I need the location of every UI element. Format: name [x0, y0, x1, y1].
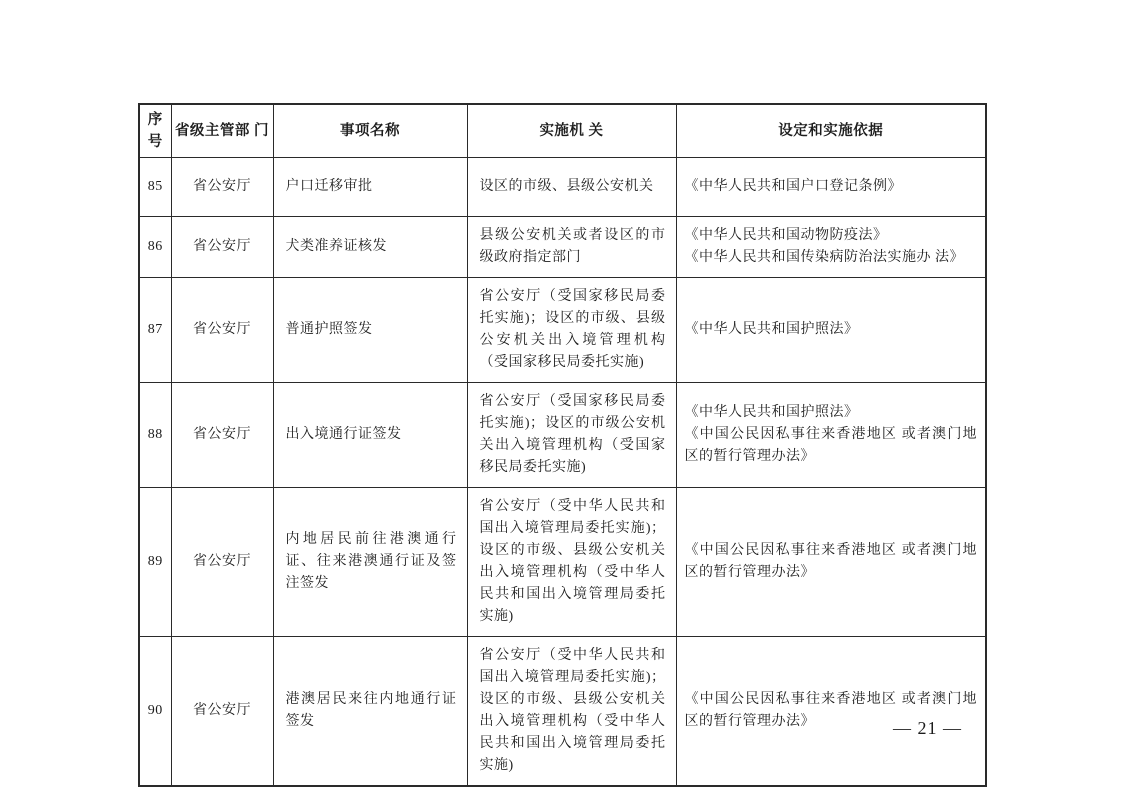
department-cell: 省公安厅 [171, 278, 273, 383]
document-page: 序号 省级主管部 门 事项名称 实施机 关 设定和实施依据 85 省公安厅 户口… [0, 0, 1123, 794]
department-cell: 省公安厅 [171, 383, 273, 488]
records-table: 序号 省级主管部 门 事项名称 实施机 关 设定和实施依据 85 省公安厅 户口… [138, 103, 987, 787]
table-row: 89 省公安厅 内地居民前往港澳通行证、往来港澳通行证及签注签发 省公安厅（受中… [139, 488, 986, 637]
agency-cell: 省公安厅（受国家移民局委托实施)；设区的市级、县级公安机关出入境管理机构（受国家… [467, 278, 676, 383]
basis-line: 《中国公民因私事往来香港地区 或者澳门地区的暂行管理办法》 [685, 540, 978, 584]
agency-cell: 设区的市级、县级公安机关 [467, 158, 676, 217]
row-number-cell: 87 [139, 278, 171, 383]
basis-line: 《中华人民共和国传染病防治法实施办 法》 [685, 247, 978, 269]
column-header-basis: 设定和实施依据 [676, 104, 986, 158]
department-cell: 省公安厅 [171, 488, 273, 637]
row-number-cell: 88 [139, 383, 171, 488]
row-number-cell: 86 [139, 217, 171, 278]
item-name-cell: 犬类准养证核发 [273, 217, 467, 278]
item-name-cell: 户口迁移审批 [273, 158, 467, 217]
basis-line: 《中华人民共和国动物防疫法》 [685, 225, 978, 247]
basis-line: 《中华人民共和国护照法》 [685, 319, 978, 341]
department-cell: 省公安厅 [171, 158, 273, 217]
column-header-number: 序号 [139, 104, 171, 158]
basis-cell: 《中华人民共和国户口登记条例》 [676, 158, 986, 217]
basis-line: 《中国公民因私事往来香港地区 或者澳门地区的暂行管理办法》 [685, 424, 978, 468]
basis-cell: 《中国公民因私事往来香港地区 或者澳门地区的暂行管理办法》 [676, 488, 986, 637]
table-row: 85 省公安厅 户口迁移审批 设区的市级、县级公安机关 《中华人民共和国户口登记… [139, 158, 986, 217]
column-header-agency: 实施机 关 [467, 104, 676, 158]
basis-line: 《中华人民共和国户口登记条例》 [685, 176, 978, 198]
basis-cell: 《中国公民因私事往来香港地区 或者澳门地区的暂行管理办法》 [676, 637, 986, 787]
agency-cell: 省公安厅（受中华人民共和国出入境管理局委托实施)；设区的市级、县级公安机关出入境… [467, 488, 676, 637]
basis-cell: 《中华人民共和国动物防疫法》 《中华人民共和国传染病防治法实施办 法》 [676, 217, 986, 278]
agency-cell: 省公安厅（受中华人民共和国出入境管理局委托实施)；设区的市级、县级公安机关出入境… [467, 637, 676, 787]
page-number: — 21 — [893, 718, 962, 739]
table-row: 90 省公安厅 港澳居民来往内地通行证签发 省公安厅（受中华人民共和国出入境管理… [139, 637, 986, 787]
table-row: 88 省公安厅 出入境通行证签发 省公安厅（受国家移民局委托实施)；设区的市级公… [139, 383, 986, 488]
table-header-row: 序号 省级主管部 门 事项名称 实施机 关 设定和实施依据 [139, 104, 986, 158]
basis-line: 《中华人民共和国护照法》 [685, 402, 978, 424]
item-name-cell: 出入境通行证签发 [273, 383, 467, 488]
agency-cell: 省公安厅（受国家移民局委托实施)；设区的市级公安机关出入境管理机构（受国家移民局… [467, 383, 676, 488]
row-number-cell: 85 [139, 158, 171, 217]
row-number-cell: 90 [139, 637, 171, 787]
department-cell: 省公安厅 [171, 217, 273, 278]
column-header-item-name: 事项名称 [273, 104, 467, 158]
agency-cell: 县级公安机关或者设区的市级政府指定部门 [467, 217, 676, 278]
basis-cell: 《中华人民共和国护照法》 [676, 278, 986, 383]
table-row: 86 省公安厅 犬类准养证核发 县级公安机关或者设区的市级政府指定部门 《中华人… [139, 217, 986, 278]
table-row: 87 省公安厅 普通护照签发 省公安厅（受国家移民局委托实施)；设区的市级、县级… [139, 278, 986, 383]
item-name-cell: 普通护照签发 [273, 278, 467, 383]
item-name-cell: 内地居民前往港澳通行证、往来港澳通行证及签注签发 [273, 488, 467, 637]
column-header-department: 省级主管部 门 [171, 104, 273, 158]
basis-cell: 《中华人民共和国护照法》 《中国公民因私事往来香港地区 或者澳门地区的暂行管理办… [676, 383, 986, 488]
department-cell: 省公安厅 [171, 637, 273, 787]
item-name-cell: 港澳居民来往内地通行证签发 [273, 637, 467, 787]
row-number-cell: 89 [139, 488, 171, 637]
